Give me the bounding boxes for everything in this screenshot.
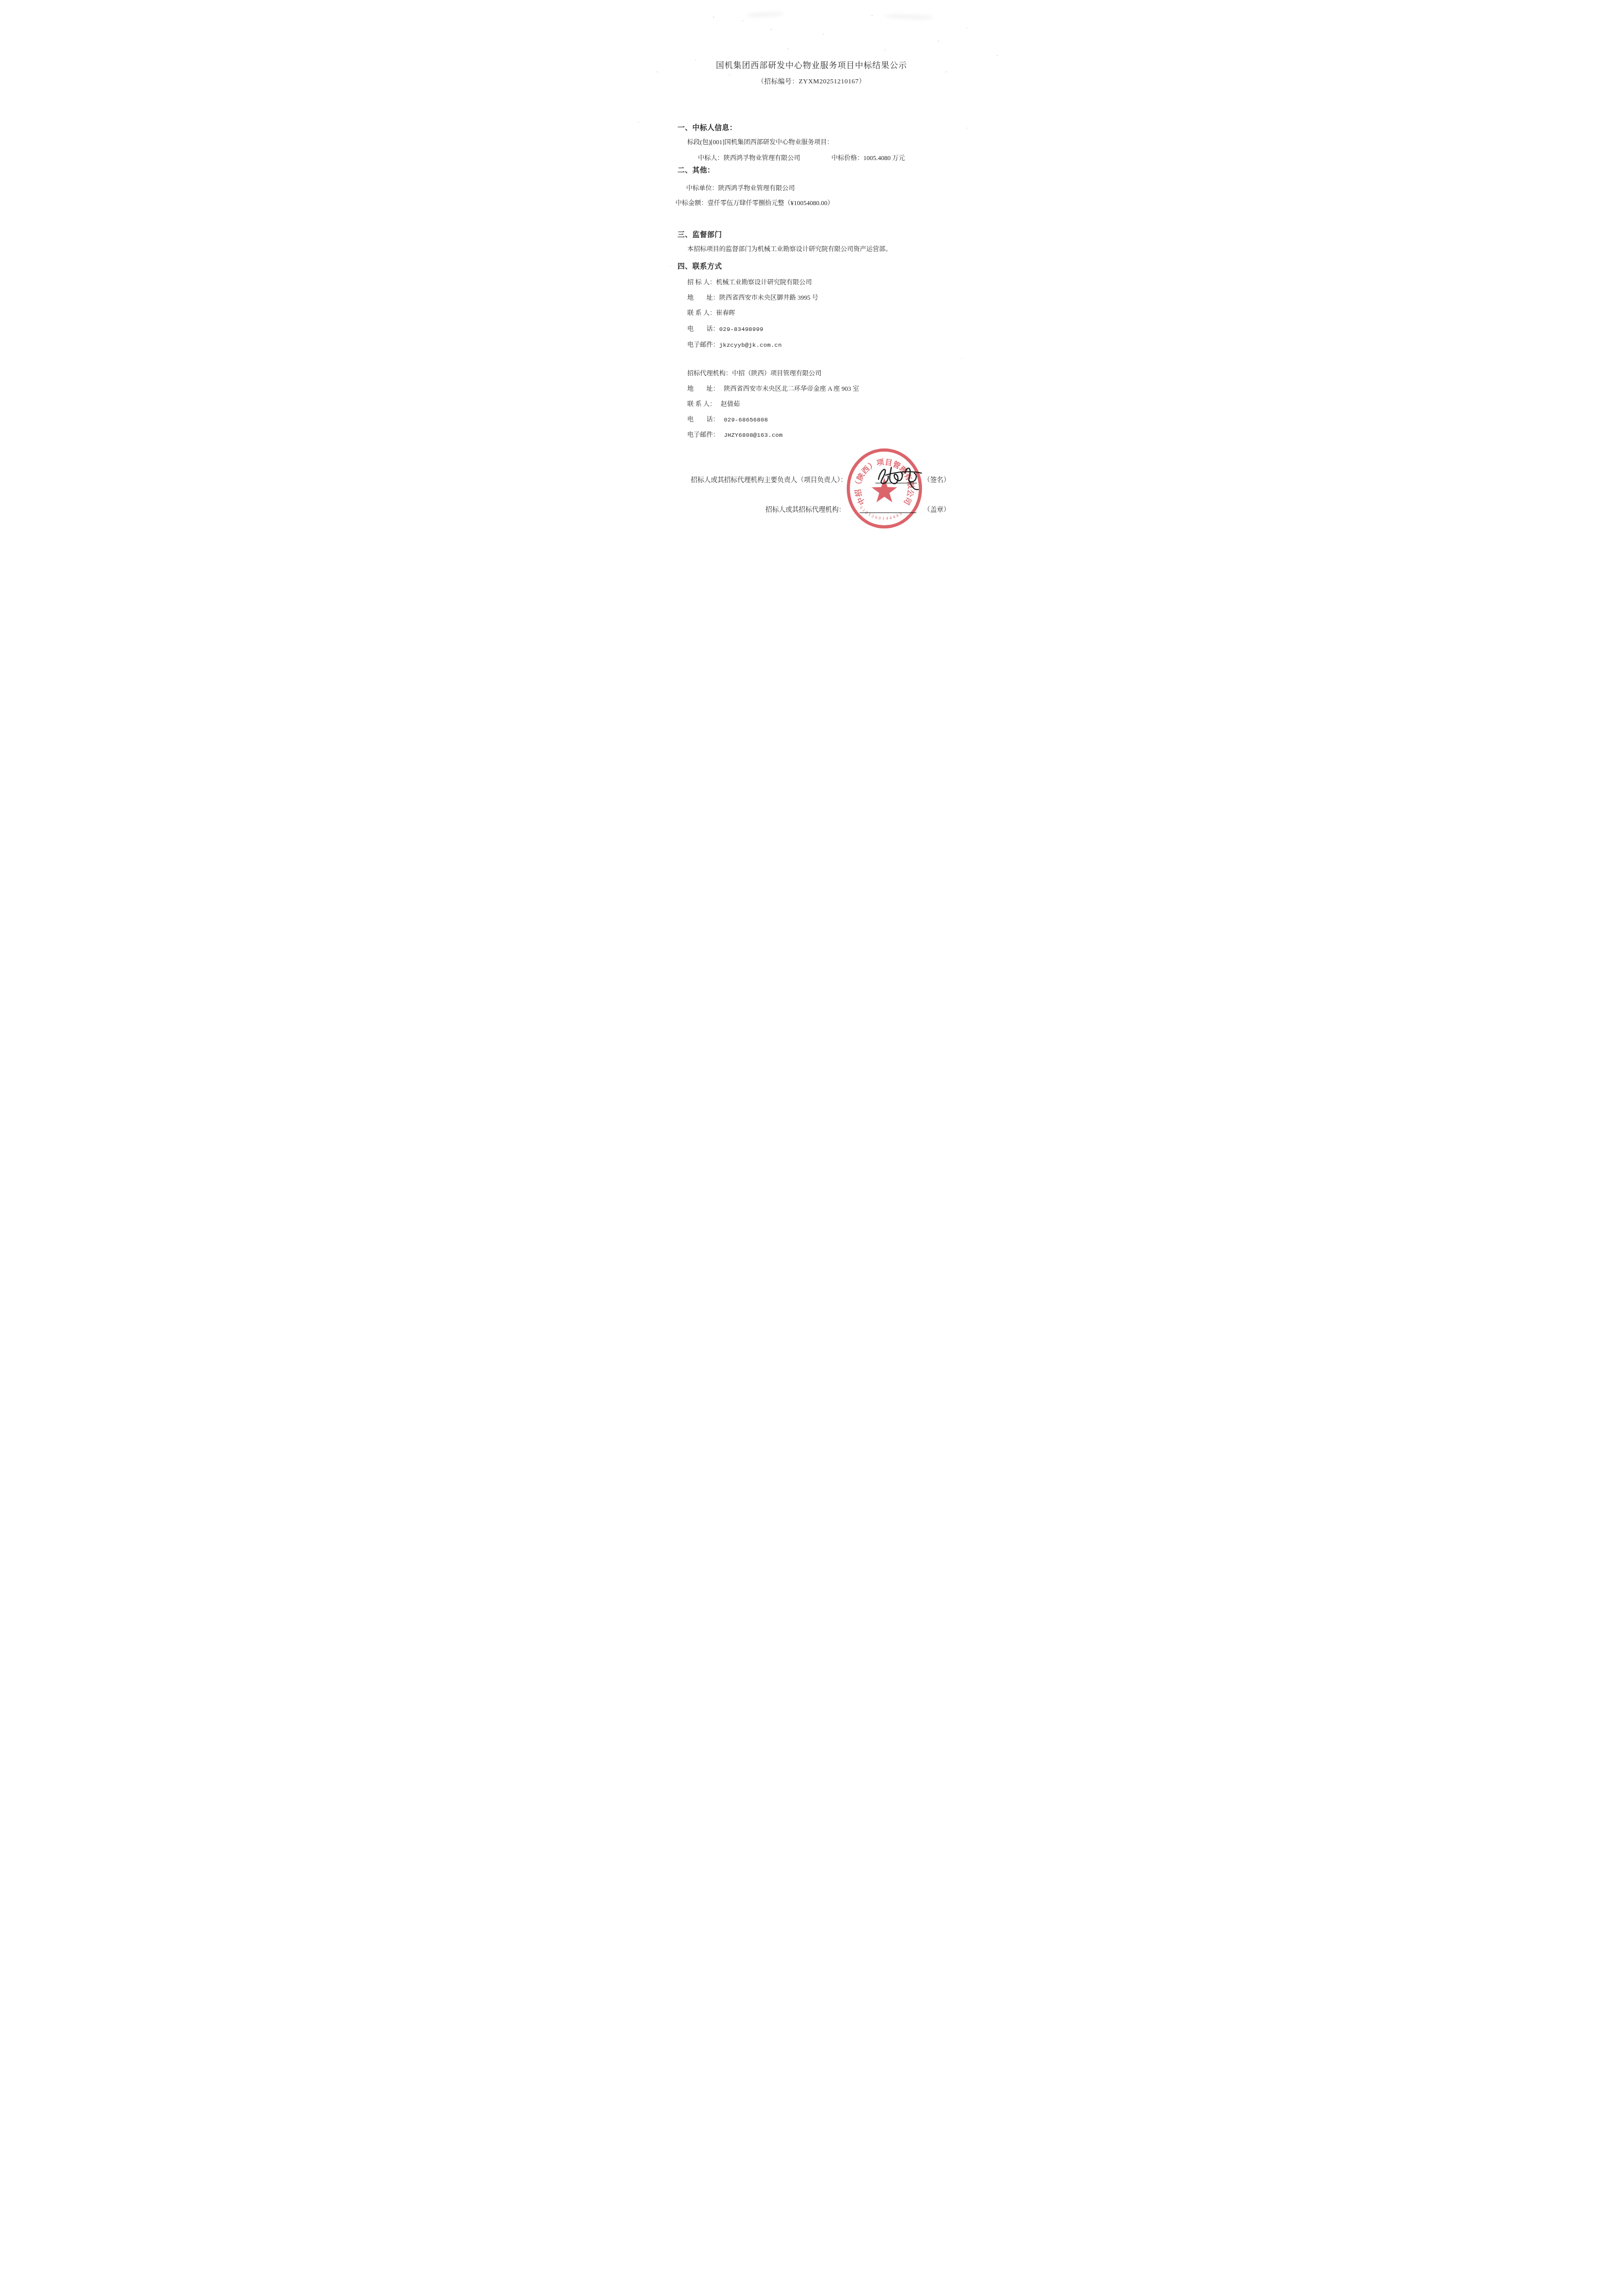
scan-noise — [608, 0, 609, 1]
handwritten-signature — [875, 461, 922, 493]
tenderer-address-row: 地 址：陕西省西安市未央区御井路 3995 号 — [687, 294, 818, 301]
price-value: 1005.4080 万元 — [864, 154, 905, 162]
contact-label: 招标代理机构： — [687, 370, 732, 377]
document-title: 国机集团西部研发中心物业服务项目中标结果公示 — [608, 61, 1015, 71]
section4-heading: 四、联系方式 — [678, 262, 722, 270]
scan-smudge — [746, 11, 784, 18]
amount-line: 中标金额：壹仟零伍万肆仟零捌拾元整（¥10054080.00） — [675, 199, 833, 207]
unit-value: 陕西鸿孚物业管理有限公司 — [718, 185, 795, 192]
contact-label: 地 址： — [687, 294, 719, 301]
contact-label: 电 话： — [687, 416, 719, 423]
contact-label: 招 标 人： — [687, 279, 716, 286]
contact-value: 赵倩茹 — [716, 400, 740, 408]
section3-heading: 三、监督部门 — [678, 230, 722, 238]
contact-value: 中招（陕西）项目管理有限公司 — [732, 370, 822, 377]
contact-label: 联 系 人： — [687, 400, 716, 408]
winner-label: 中标人： — [698, 154, 724, 162]
agency-phone-row: 电 话：029-68656808 — [687, 416, 768, 423]
contact-label: 电子邮件： — [687, 341, 719, 348]
contact-value: 机械工业勘察设计研究院有限公司 — [716, 279, 812, 286]
tenderer-phone-row: 电 话：029-83498999 — [687, 325, 763, 333]
agency-address-row: 地 址：陕西省西安市未央区北二环华帝金座 A 座 903 室 — [687, 385, 859, 392]
winner-line: 中标人：陕西鸿孚物业管理有限公司 — [698, 154, 800, 162]
amount-value: 壹仟零伍万肆仟零捌拾元整（¥10054080.00） — [708, 199, 834, 207]
agency-contact-row: 联 系 人：赵倩茹 — [687, 400, 740, 408]
tenderer-email-row: 电子邮件：jkzcyyb@jk.com.cn — [687, 341, 782, 349]
lot-line: 标段(包)[001]国机集团西部研发中心物业服务项目： — [687, 139, 833, 146]
signature-suffix: （签名） — [923, 476, 950, 484]
svg-text:6101260144443: 6101260144443 — [859, 505, 904, 521]
contact-label: 地 址： — [687, 385, 719, 392]
unit-label: 中标单位： — [686, 185, 718, 192]
contact-label: 电 话： — [687, 325, 719, 332]
stamp-suffix: （盖章） — [923, 506, 950, 514]
seal-number-text: 6101260144443 — [859, 505, 904, 521]
document-page: 国机集团西部研发中心物业服务项目中标结果公示 （招标编号：ZYXM2025121… — [608, 0, 1015, 574]
contact-value: 崔春晖 — [716, 309, 735, 317]
agency-email-row: 电子邮件：JHZY6808@163.com — [687, 431, 783, 439]
amount-label: 中标金额： — [675, 199, 708, 207]
tenderer-contact-row: 联 系 人：崔春晖 — [687, 309, 735, 317]
price-line: 中标价格：1005.4080 万元 — [831, 154, 905, 162]
agency-name-row: 招标代理机构：中招（陕西）项目管理有限公司 — [687, 370, 822, 377]
contact-value: 029-68656808 — [719, 417, 768, 423]
tender-number: （招标编号：ZYXM20251210167） — [608, 78, 1015, 85]
contact-label: 电子邮件： — [687, 431, 719, 438]
supervision-body: 本招标项目的监督部门为机械工业勘察设计研究院有限公司资产运营部。 — [687, 246, 892, 253]
principal-signoff-line: 招标人或其招标代理机构主要负责人（项目负责人）： — [691, 476, 847, 484]
contact-value: JHZY6808@163.com — [719, 432, 783, 439]
contact-value: 陕西省西安市未央区北二环华帝金座 A 座 903 室 — [719, 385, 860, 392]
contact-value: jkzcyyb@jk.com.cn — [719, 342, 782, 349]
contact-value: 陕西省西安市未央区御井路 3995 号 — [719, 294, 819, 301]
contact-label: 联 系 人： — [687, 309, 716, 317]
scan-smudge — [885, 13, 934, 20]
price-label: 中标价格： — [831, 154, 864, 162]
tenderer-name-row: 招 标 人：机械工业勘察设计研究院有限公司 — [687, 279, 812, 286]
org-signoff-line: 招标人或其招标代理机构： — [765, 506, 845, 514]
contact-value: 029-83498999 — [719, 326, 763, 333]
unit-line: 中标单位：陕西鸿孚物业管理有限公司 — [686, 185, 795, 192]
section2-heading: 二、其他： — [678, 166, 715, 174]
section1-heading: 一、中标人信息： — [678, 123, 737, 131]
winner-value: 陕西鸿孚物业管理有限公司 — [724, 154, 800, 162]
